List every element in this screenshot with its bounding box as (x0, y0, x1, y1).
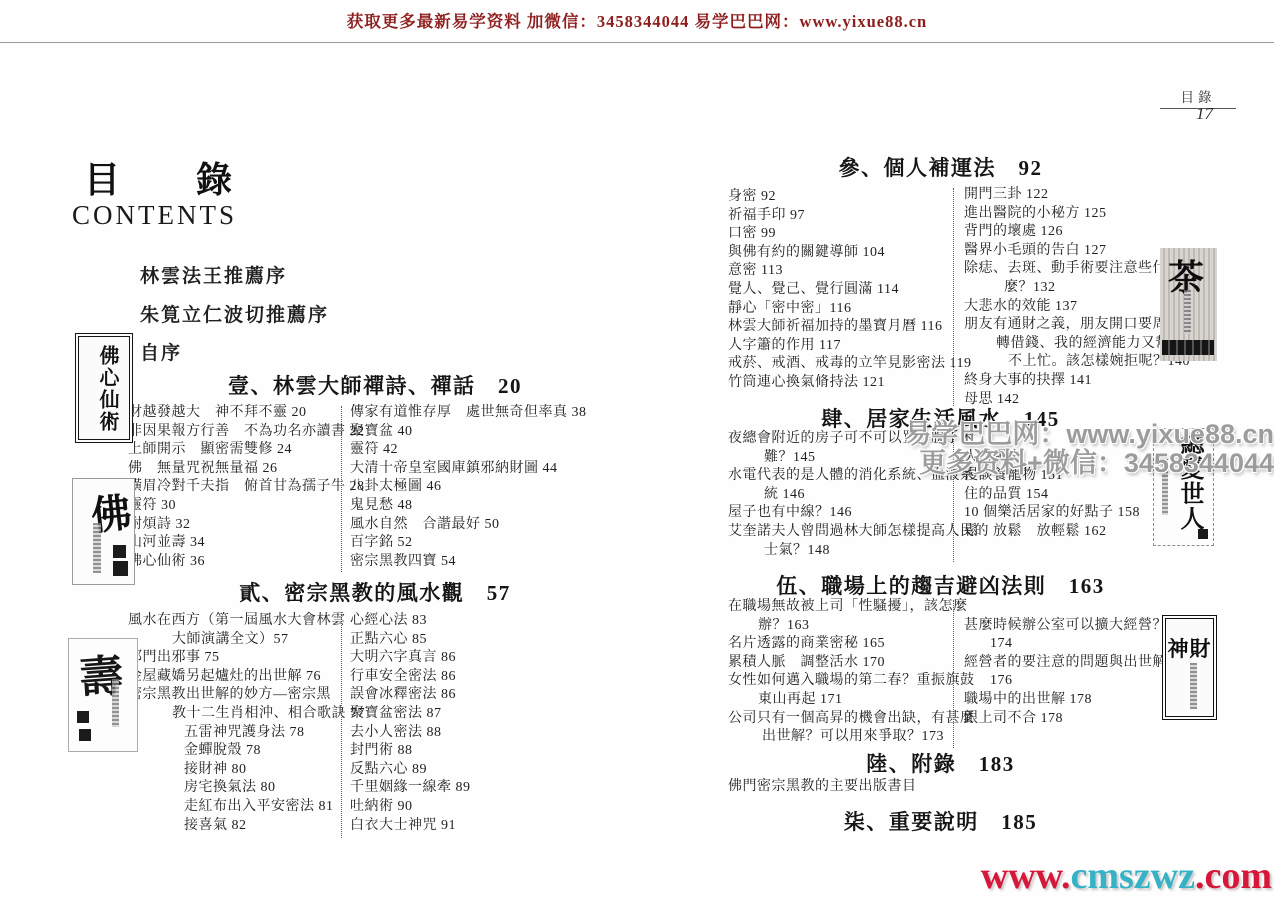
toc-entry: 金蟬脫殼 78 (128, 742, 365, 761)
toc-entry: 風水在西方（第一屆風水大會林雲 (128, 612, 365, 631)
toc-entry: 統 146 (728, 486, 989, 505)
toc-entry: 醫界小毛頭的告白 127 (964, 242, 1190, 261)
toc-entry: 口密 99 (728, 225, 971, 244)
toc-entry: 吐納術 90 (350, 798, 471, 817)
toc-entry: 跟上司不合 178 (964, 710, 1167, 729)
toc-entry: 百字銘 52 (350, 534, 587, 553)
toc-entry: 進出醫院的小秘方 125 (964, 205, 1190, 224)
section-5-right-column: 甚麼時候辦公室可以擴大經營？174經營者的要注意的問題與出世解176職場中的出世… (964, 598, 1167, 728)
toc-entry: 麼？132 (964, 279, 1190, 298)
bottom-watermark-suffix: .com (1195, 855, 1272, 897)
seal-wealth-god-text: 神財 (1166, 633, 1213, 663)
toc-entry: 背門的壞處 126 (964, 223, 1190, 242)
mid-watermark-line1: 易学巴巴网：www.yixue88.cn (904, 420, 1274, 449)
section-3-right-column: 開門三卦 122進出醫院的小秘方 125背門的壞處 126醫界小毛頭的告白 12… (964, 186, 1190, 409)
front-matter-list: 林雲法王推薦序朱筧立仁波切推薦序自序 (140, 258, 329, 374)
toc-entry: 誤會冰釋密法 86 (350, 686, 471, 705)
toc-entry: 經營者的要注意的問題與出世解 (964, 654, 1167, 673)
seal-small-script (1184, 290, 1191, 334)
toc-entry: 房宅換氣法 80 (128, 779, 365, 798)
page-number: 17 (1196, 104, 1213, 124)
toc-entry: 風水自然 合諧最好 50 (350, 516, 587, 535)
section-2-heading: 貳、密宗黑教的風水觀 57 (105, 577, 645, 607)
toc-entry: 與佛有約的關鍵導師 104 (728, 244, 971, 263)
toc-entry: 林雲大師祈福加持的墨寶月曆 116 (728, 318, 971, 337)
toc-entry: 朋友有通財之義，朋友開口要周 (964, 316, 1190, 335)
toc-entry: 佛門密宗黑教的主要出版書目 (728, 778, 917, 797)
toc-entry: 耐煩詩 32 (128, 516, 365, 535)
section-1-heading: 壹、林雲大師禪詩、禪話 20 (105, 370, 645, 400)
toc-entry: 祈福手印 97 (728, 207, 971, 226)
seal-cha-stamp: 茶 (1160, 248, 1217, 361)
seal-wealth-god: 神財 (1162, 615, 1217, 720)
toc-entry: 鬆 放鬆 放輕鬆 162 (964, 523, 1140, 542)
seal-stamp-square (1198, 529, 1208, 539)
section-3-heading: 參、個人補運法 92 (718, 152, 1163, 182)
toc-entry: 密宗黑教出世解的妙方—密宗黑 (128, 686, 365, 705)
toc-entry: 大悲水的效能 137 (964, 298, 1190, 317)
toc-entry: 住的品質 154 (964, 486, 1140, 505)
toc-entry: 職場中的出世解 178 (964, 691, 1167, 710)
toc-entry: 非因果報方行善 不為功名亦讀書 22 (128, 423, 365, 442)
toc-entry: 林雲法王推薦序 (140, 258, 329, 297)
toc-entry: 金屋藏嬌另起爐灶的出世解 76 (128, 668, 365, 687)
toc-entry: 千里姻緣一線牽 89 (350, 779, 471, 798)
toc-entry: 甚麼時候辦公室可以擴大經營？ (964, 617, 1167, 636)
bottom-watermark-name: cmszwz (1070, 855, 1194, 897)
seal-stamp-square (79, 729, 91, 741)
toc-entry: 大明六字真言 86 (350, 649, 471, 668)
section-1-right-column: 傳家有道惟存厚 處世無奇但率真 38聚寶盆 40靈符 42大清十帝皇室國庫鎮邪納… (350, 404, 587, 571)
toc-entry: 靜心「密中密」116 (728, 300, 971, 319)
toc-entry: 封門術 88 (350, 742, 471, 761)
toc-entry: 正點六心 85 (350, 631, 471, 650)
toc-entry (964, 598, 1167, 617)
section-5-column-divider (953, 600, 954, 748)
toc-entry: 174 (964, 635, 1167, 654)
toc-entry: 開門三卦 122 (964, 186, 1190, 205)
toc-entry: 朱筧立仁波切推薦序 (140, 297, 329, 336)
toc-entry: 終身大事的抉擇 141 (964, 372, 1190, 391)
toc-entry: 八卦太極圖 46 (350, 478, 587, 497)
seal-small-script (112, 679, 119, 727)
section-2-right-column: 心經心法 83正點六心 85大明六字真言 86行車安全密法 86誤會冰釋密法 8… (350, 612, 471, 835)
seal-fo-calligraphy: 佛 (72, 478, 135, 585)
top-watermark-text: 获取更多最新易学资料 加微信：3458344044 易学巴巴网：www.yixu… (0, 8, 1274, 32)
toc-entry: 靈符 30 (128, 497, 365, 516)
toc-entry: 邪門出邪事 75 (128, 649, 365, 668)
toc-entry: 東山再起 171 (728, 691, 975, 710)
toc-entry: 山河並壽 34 (128, 534, 365, 553)
scanned-book-spread: 获取更多最新易学资料 加微信：3458344044 易学巴巴网：www.yixu… (0, 0, 1274, 901)
seal-stamp-square (77, 711, 89, 723)
toc-entry: 10 個樂活居家的好點子 158 (964, 504, 1140, 523)
toc-entry: 轉借錢、我的經濟能力又幫 (964, 335, 1190, 354)
header-divider-line (0, 42, 1274, 43)
contents-subtitle: CONTENTS (72, 200, 237, 231)
toc-entry: 除痣、去斑、動手術要注意些什 (964, 260, 1190, 279)
toc-entry: 接喜氣 82 (128, 817, 365, 836)
toc-entry: 聚寶盆 40 (350, 423, 587, 442)
section-5-heading: 伍、職場上的趨吉避凶法則 163 (718, 570, 1163, 600)
seal-foxin-text: 佛心仙術 (93, 345, 122, 433)
section-6-heading: 陸、附錄 183 (718, 748, 1163, 778)
toc-entry: 去小人密法 88 (350, 724, 471, 743)
seal-dark-band (1162, 340, 1214, 355)
toc-entry: 士氣？148 (728, 542, 989, 561)
toc-entry: 佛心仙術 36 (128, 553, 365, 572)
seal-small-script (1190, 663, 1197, 709)
toc-entry: 教十二生肖相沖、相合歌訣 77 (128, 705, 365, 724)
seal-foxin-xianshu: 佛心仙術 (75, 333, 133, 443)
toc-entry: 反點六心 89 (350, 761, 471, 780)
toc-entry: 聚寶盆密法 87 (350, 705, 471, 724)
toc-entry: 大清十帝皇室國庫鎮邪納財圖 44 (350, 460, 587, 479)
toc-entry: 大師演講全文）57 (128, 631, 365, 650)
mid-watermark-line2: 更多资料+微信：3458344044 (904, 449, 1274, 478)
section-2-left-column: 風水在西方（第一屆風水大會林雲大師演講全文）57邪門出邪事 75金屋藏嬌另起爐灶… (128, 612, 365, 835)
toc-entry: 白衣大士神咒 91 (350, 817, 471, 836)
toc-entry: 鬼見愁 48 (350, 497, 587, 516)
toc-entry: 自序 (140, 335, 329, 374)
seal-stamp-square (113, 545, 126, 558)
seal-shou-calligraphy: 壽 (68, 638, 138, 752)
toc-entry: 心經心法 83 (350, 612, 471, 631)
toc-entry: 行車安全密法 86 (350, 668, 471, 687)
toc-entry: 名片透露的商業密秘 165 (728, 635, 975, 654)
section-6-left-column: 佛門密宗黑教的主要出版書目 (728, 778, 917, 797)
toc-entry: 橫眉冷對千夫指 俯首甘為孺子牛 28 (128, 478, 365, 497)
toc-entry: 走紅布出入平安密法 81 (128, 798, 365, 817)
section-3-column-divider (953, 188, 954, 406)
toc-entry: 不上忙。該怎樣婉拒呢？140 (964, 353, 1190, 372)
section-5-left-column: 在職場無故被上司「性騷擾」，該怎麼辦？163名片透露的商業密秘 165累積人脈 … (728, 598, 975, 747)
toc-entry: 上師開示 顯密需雙修 24 (128, 441, 365, 460)
toc-entry: 公司只有一個高昇的機會出缺，有甚麼 (728, 710, 975, 729)
toc-entry: 屋子也有中線？146 (728, 504, 989, 523)
toc-entry: 176 (964, 672, 1167, 691)
toc-entry: 人字簫的作用 117 (728, 337, 971, 356)
bottom-watermark: www.cmszwz.com (981, 854, 1272, 898)
toc-entry: 覺人、覺己、覺行圓滿 114 (728, 281, 971, 300)
toc-entry: 出世解？可以用來爭取？173 (728, 728, 975, 747)
section-3-left-column: 身密 92祈福手印 97口密 99與佛有約的關鍵導師 104意密 113覺人、覺… (728, 188, 971, 393)
bottom-watermark-prefix: www. (981, 855, 1071, 897)
section-7-heading: 柒、重要說明 185 (718, 806, 1163, 836)
toc-entry: 財越發越大 神不拜不靈 20 (128, 404, 365, 423)
toc-entry: 累積人脈 調整活水 170 (728, 654, 975, 673)
section-2-column-divider (341, 614, 342, 838)
toc-entry: 戒菸、戒酒、戒毒的立竿見影密法 119 (728, 355, 971, 374)
toc-entry: 傳家有道惟存厚 處世無奇但率真 38 (350, 404, 587, 423)
toc-entry: 接財神 80 (128, 761, 365, 780)
toc-entry: 艾奎諾夫人曾問過林大師怎樣提高人民的 (728, 523, 989, 542)
toc-entry: 密宗黑教四寶 54 (350, 553, 587, 572)
toc-entry: 佛 無量咒祝無量福 26 (128, 460, 365, 479)
seal-stamp-square (113, 561, 128, 576)
toc-entry: 竹筒連心換氣脩持法 121 (728, 374, 971, 393)
toc-entry: 意密 113 (728, 262, 971, 281)
section-1-left-column: 財越發越大 神不拜不靈 20非因果報方行善 不為功名亦讀書 22上師開示 顯密需… (128, 404, 365, 571)
toc-title: 目 錄 (84, 152, 252, 203)
mid-watermark: 易学巴巴网：www.yixue88.cn 更多资料+微信：3458344044 (904, 420, 1274, 478)
toc-entry: 五雷神咒護身法 78 (128, 724, 365, 743)
section-1-column-divider (341, 406, 342, 572)
toc-entry: 辦？163 (728, 617, 975, 636)
toc-entry: 在職場無故被上司「性騷擾」，該怎麼 (728, 598, 975, 617)
toc-entry: 靈符 42 (350, 441, 587, 460)
toc-entry: 女性如何邁入職場的第二春？重振旗鼓 (728, 672, 975, 691)
seal-small-script (93, 523, 101, 573)
toc-entry: 身密 92 (728, 188, 971, 207)
